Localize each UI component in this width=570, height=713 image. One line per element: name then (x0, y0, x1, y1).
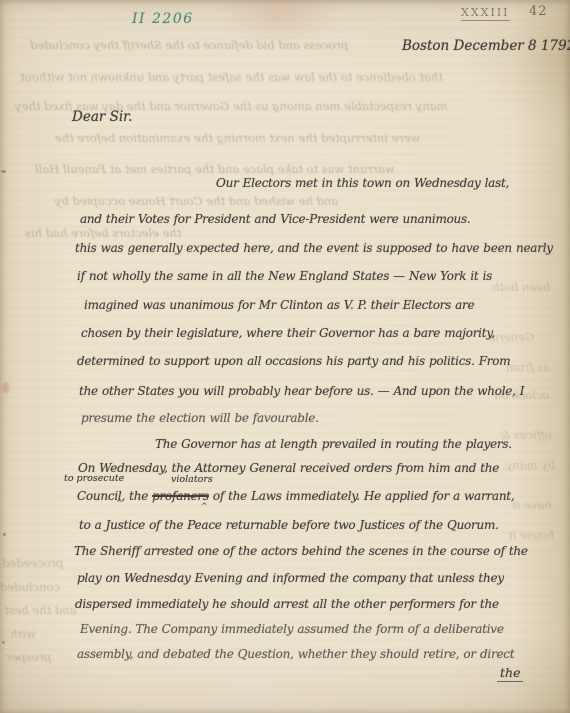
dateline: Boston December 8 1792. (402, 38, 570, 54)
salutation: Dear Sir. (72, 109, 132, 125)
letter-scan: process and bid defiance to the Sheriff … (0, 0, 570, 713)
interlinear-insertion: violators (171, 474, 213, 485)
manuscript-line: presume the election will be favourable. (81, 411, 319, 425)
manuscript-line: play on Wednesday Evening and informed t… (77, 571, 504, 585)
red-stain (2, 382, 9, 393)
bleedthrough-text: warrant was to take place and the partie… (35, 162, 395, 176)
bleedthrough-text: house it (508, 528, 554, 542)
bleedthrough-text: that obedience to the law was the safest… (20, 70, 443, 84)
catchword: the (497, 665, 523, 682)
bleedthrough-text: as from (506, 360, 550, 374)
manuscript-line: chosen by their legislature, where their… (81, 326, 495, 340)
ink-speck (1, 170, 6, 173)
folio-page-number: 42 (529, 4, 548, 19)
bleedthrough-text: process and bid defiance to the Sheriff … (30, 38, 348, 52)
ink-speck (3, 533, 6, 536)
caret-mark: ^ (201, 502, 208, 511)
manuscript-line: assembly, and debated the Question, whet… (77, 647, 514, 661)
manuscript-line: determined to support upon all occasions… (77, 354, 510, 368)
manuscript-line-emended: Council, the profaners of the Laws immed… (77, 489, 514, 503)
interlinear-insertion: to prosecute (64, 473, 124, 484)
manuscript-line: Our Electors met in this town on Wednesd… (216, 176, 509, 190)
bleedthrough-text: proceeded (2, 556, 63, 570)
manuscript-line: the other States you will probably hear … (79, 384, 524, 398)
emended-line-before: Council, the (77, 489, 152, 503)
struck-word: profaners (152, 489, 209, 503)
manuscript-line: The Governor has at length prevailed in … (155, 437, 512, 451)
bleedthrough-text: with (10, 627, 36, 641)
bleedthrough-text: by many (506, 458, 555, 472)
manuscript-line: if not wholly the same in all the New En… (77, 269, 492, 283)
bleedthrough-text: the electors before had his (25, 226, 181, 240)
bleedthrough-text: were interrupted the next morning the ex… (55, 131, 421, 145)
manuscript-line: dispersed immediately he should arrest a… (75, 597, 499, 611)
bleedthrough-text: been both (492, 280, 550, 294)
bleedthrough-text: and the best (4, 603, 76, 617)
manuscript-line: this was generally expected here, and th… (75, 241, 553, 255)
bleedthrough-text: concluded (0, 580, 60, 594)
folio-roman-numeral: XXXIII (461, 6, 510, 21)
emended-line-after: of the Laws immediately. He applied for … (209, 489, 515, 503)
bleedthrough-text: and he wished and the Court House occupi… (55, 194, 338, 208)
manuscript-line: The Sheriff arrested one of the actors b… (74, 544, 528, 558)
accession-number: II 2206 (132, 11, 194, 27)
manuscript-line: On Wednesday, the Attorney General recei… (78, 461, 499, 475)
ink-speck (2, 641, 5, 644)
manuscript-line: imagined was unanimous for Mr Clinton as… (84, 298, 474, 312)
bleedthrough-text: prosper (6, 650, 51, 664)
manuscript-line: Evening. The Company immediately assumed… (80, 622, 504, 636)
bleedthrough-text: have it (512, 498, 552, 512)
manuscript-line: and their Votes for President and Vice-P… (80, 212, 471, 226)
manuscript-line: to a Justice of the Peace returnable bef… (79, 518, 499, 532)
